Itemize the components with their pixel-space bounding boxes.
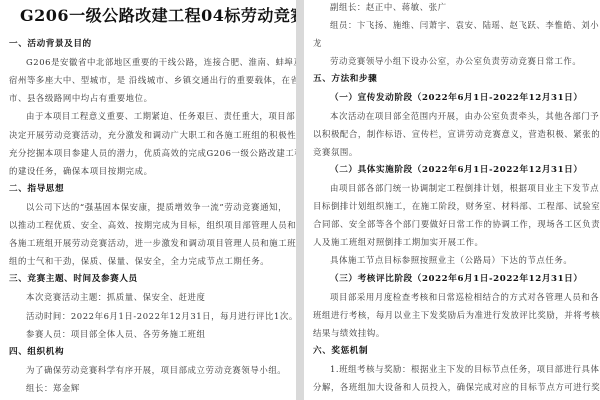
paragraph-line: 以积极配合，制作标语、宣传栏，宣讲劳动竞赛意义，营造积极、紧张的 <box>313 129 600 139</box>
paragraph-line: 合同部、安全部等各个部门要做好日常工作的协调工作，现场各工区负责 <box>313 219 600 229</box>
document-page-right: 副组长：赵正中、蒋敏、张广组员：卞飞扬、施维、闫萧宇、袁安、陆瑶、赵飞跃、李惟皓… <box>304 0 600 400</box>
paragraph-line: 龙 <box>313 38 322 48</box>
section-heading: 一、活动背景及目的 <box>9 39 92 49</box>
paragraph-line: 人及施工班组对照倒排工期加实开展工作。 <box>313 237 484 247</box>
paragraph-line: 班组进行考核，每月以业主下发奖励后为准进行发放评比奖励，并将考核 <box>313 310 600 320</box>
paragraph-line: 项目部采用月度检查考核和日常巡检相结合的方式对各管理人员和各 <box>330 292 599 302</box>
section-heading: 五、方法和步骤 <box>313 74 377 84</box>
paragraph-line: 组员：卞飞扬、施维、闫萧宇、袁安、陆瑶、赵飞跃、李惟皓、刘小 <box>330 20 599 30</box>
paragraph-line: 的建设任务，确保本项目按期完成。 <box>9 166 153 176</box>
paragraph-line: 竞赛氛围。 <box>313 147 358 157</box>
paragraph-line: 具体施工节点目标参照按照业主（公路局）下达的节点任务。 <box>330 255 572 265</box>
section-heading: 四、组织机构 <box>9 347 64 357</box>
paragraph-line: 1.班组考核与奖励：根据业主下发的目标节点任务，项目部进行具体 <box>330 364 599 374</box>
paragraph-line: G206是安徽省中北部地区重要的干线公路，连接合肥、淮南、蚌埠及 <box>26 57 296 67</box>
paragraph-line: 副组长：赵正中、蒋敏、张广 <box>330 2 447 12</box>
section-heading: 六、奖惩机制 <box>313 346 368 356</box>
paragraph-line: 参赛人员：项目部全体人员、各劳务施工班组 <box>26 329 206 339</box>
paragraph-line: 组的士气和干劲，保质、保量、保安全，全力完成节点工期任务。 <box>9 256 269 266</box>
paragraph-line: 本次竞赛活动主题：抓质量、保安全、赶进度 <box>26 292 206 302</box>
paragraph-line: 市、县各级路网中均占有重要地位。 <box>9 93 153 103</box>
paragraph-line: 目标倒排计划组织施工，在施工阶段，财务室、材料部、工程部、试验室、 <box>313 201 600 211</box>
paragraph-line: 由于本项目工程意义重要、工期紧迫、任务艰巨、责任重大，项目部 <box>26 111 295 121</box>
paragraph-line: 充分挖掘本项目参建人员的潜力，优质高效的完成G206一级公路改建工程 <box>9 148 296 158</box>
paragraph-line: 由项目部各部门统一协调制定工程倒排计划，根据项目业主下发节点 <box>330 183 599 193</box>
paragraph-line: 各施工班组开展劳动竞赛活动，进一步激发和调动项目管理人员和施工班 <box>9 238 296 248</box>
paragraph-line: 活动时间：2022年6月1日-2022年12月31日，每月进行评比1次。 <box>26 311 296 321</box>
paragraph-line: 以推动工程优质、安全、高效、按期完成为目标，组织项目部管理人员和 <box>9 220 296 230</box>
paragraph-line: 以公司下达的“强基固本保安康，提质增效争一流”劳动竞赛通知， <box>26 202 287 212</box>
paragraph-line: 本次活动在项目部全范围内开展，由办公室负责牵头，其他各部门予 <box>330 111 599 121</box>
paragraph-line: 劳动竞赛领导小组下设办公室，办公室负责劳动竞赛日常工作。 <box>330 56 581 66</box>
paragraph-line: 宿州等多座大中、型城市，是 沿线城市、乡镇交通出行的重要载体，在省、 <box>9 75 296 85</box>
subsection-heading: （二）具体实施阶段（2022年6月1日-2022年12月31日） <box>330 165 583 175</box>
document-title: G206一级公路改建工程04标劳动竞赛方案 <box>20 3 296 26</box>
document-page-left: G206一级公路改建工程04标劳动竞赛方案 一、活动背景及目的G206是安徽省中… <box>0 0 296 400</box>
section-heading: 三、竞赛主题、时间及参赛人员 <box>9 274 138 284</box>
paragraph-line: 决定开展劳动竞赛活动，充分激发和调动广大职工和各施工班组的积极性， <box>9 130 296 140</box>
subsection-heading: （三）考核评比阶段（2022年6月1日-2022年12月31日） <box>330 274 583 284</box>
subsection-heading: （一）宣传发动阶段（2022年6月1日-2022年12月31日） <box>330 93 583 103</box>
paragraph-line: 组长：郑金辉 <box>26 383 80 393</box>
paragraph-line: 结果与绩效挂钩。 <box>313 328 385 338</box>
paragraph-line: 分解，各班组加大设备和人员投入，确保完成对应的目标节点方可进行奖 <box>313 382 600 392</box>
paragraph-line: 为了确保劳动竞赛科学有序开展，项目部成立劳动竞赛领导小组。 <box>26 365 286 375</box>
section-heading: 二、指导思想 <box>9 184 64 194</box>
page-gutter <box>296 0 304 400</box>
